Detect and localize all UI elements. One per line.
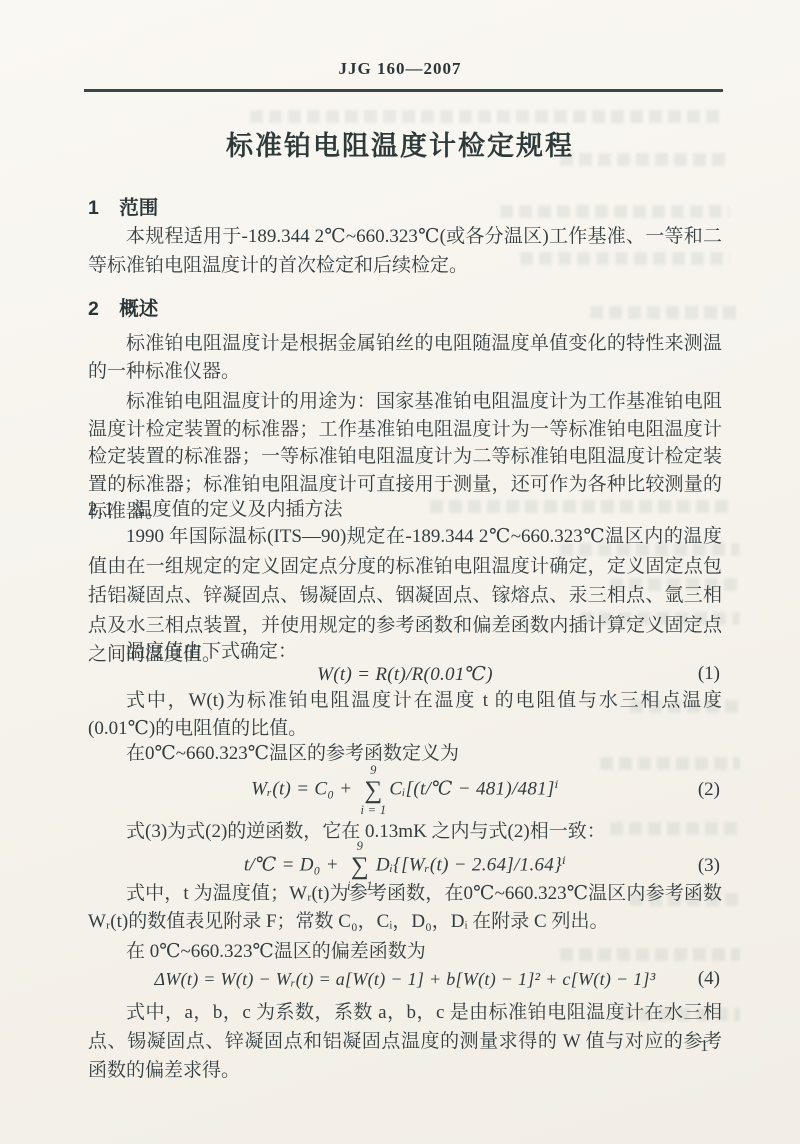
section-title: 概述 — [119, 298, 158, 320]
section-heading-definition: 2.1 温度值的定义及内插方法 — [88, 498, 722, 522]
formula-3-lhs: t/℃ = D₀ + — [244, 854, 344, 875]
section-heading-scope: 1 范围 — [88, 196, 722, 220]
formula-2-expression: Wᵣ(t) = C₀ + 9∑i = 1Cᵢ[(t/℃ − 481)/481]ⁱ — [251, 764, 559, 816]
section-number: 2 — [88, 298, 99, 320]
section-heading-overview: 2 概述 — [88, 297, 722, 321]
formula-2: Wᵣ(t) = C₀ + 9∑i = 1Cᵢ[(t/℃ − 481)/481]ⁱ… — [88, 762, 722, 818]
paragraph-formula-4-lead: 在 0℃~660.323℃温区的偏差函数为 — [88, 938, 722, 966]
paragraph-after-formula-3: 式中，t 为温度值；Wᵣ(t)为参考函数，在0℃~660.323℃温区内参考函数… — [88, 880, 722, 935]
paragraph-scope: 本规程适用于-189.344 2℃~660.323℃(或各分温区)工作基准、一等… — [88, 222, 722, 280]
section-title: 温度值的定义及内插方法 — [134, 499, 343, 520]
summation-upper-limit: 9 — [357, 840, 364, 853]
page-number: 1 — [700, 1036, 709, 1056]
formula-3-number: (3) — [698, 855, 720, 877]
formula-1-number: (1) — [698, 663, 720, 685]
paragraph-after-formula-1: 式中，W(t)为标准铂电阻温度计在温度 t 的电阻值与水三相点温度(0.01℃)… — [88, 687, 722, 742]
formula-1-expression: W(t) = R(t)/R(0.01℃) — [317, 663, 493, 686]
formula-4-expression: ΔW(t) = W(t) − Wᵣ(t) = a[W(t) − 1] + b[W… — [154, 969, 655, 990]
formula-2-lhs: Wᵣ(t) = C₀ + — [251, 778, 357, 799]
bleed-artifact — [250, 110, 720, 123]
formula-2-number: (2) — [698, 779, 720, 801]
formula-4: ΔW(t) = W(t) − Wᵣ(t) = a[W(t) − 1] + b[W… — [88, 965, 722, 993]
formula-2-rhs: Cᵢ[(t/℃ − 481)/481]ⁱ — [389, 778, 558, 799]
paragraph-after-formula-4: 式中，a，b，c 为系数，系数 a，b，c 是由标准铂电阻温度计在水三相点、锡凝… — [88, 998, 722, 1085]
formula-3-rhs: Dᵢ{[Wᵣ(t) − 2.64]/1.64}ⁱ — [376, 854, 566, 875]
header-rule — [84, 89, 723, 92]
section-title: 范围 — [119, 197, 158, 219]
document-title: 标准铂电阻温度计检定规程 — [0, 126, 800, 166]
formula-1: W(t) = R(t)/R(0.01℃) (1) — [88, 660, 722, 688]
scanned-document-page: JJG 160—2007 标准铂电阻温度计检定规程 1 范围 本规程适用于-18… — [0, 0, 800, 1144]
sigma-icon: ∑ — [351, 854, 369, 879]
paragraph-overview-1: 标准铂电阻温度计是根据金属铂丝的电阻随温度单值变化的特性来测温的一种标准仪器。 — [88, 330, 722, 385]
summation-lower-limit: i = 1 — [360, 804, 386, 817]
section-number: 1 — [88, 197, 99, 219]
summation-upper-limit: 9 — [370, 764, 377, 777]
summation-symbol: 9∑i = 1 — [360, 764, 386, 816]
header-doc-code: JJG 160—2007 — [0, 58, 800, 80]
sigma-icon: ∑ — [364, 778, 382, 803]
section-number: 2.1 — [88, 499, 115, 520]
formula-4-number: (4) — [698, 968, 720, 990]
